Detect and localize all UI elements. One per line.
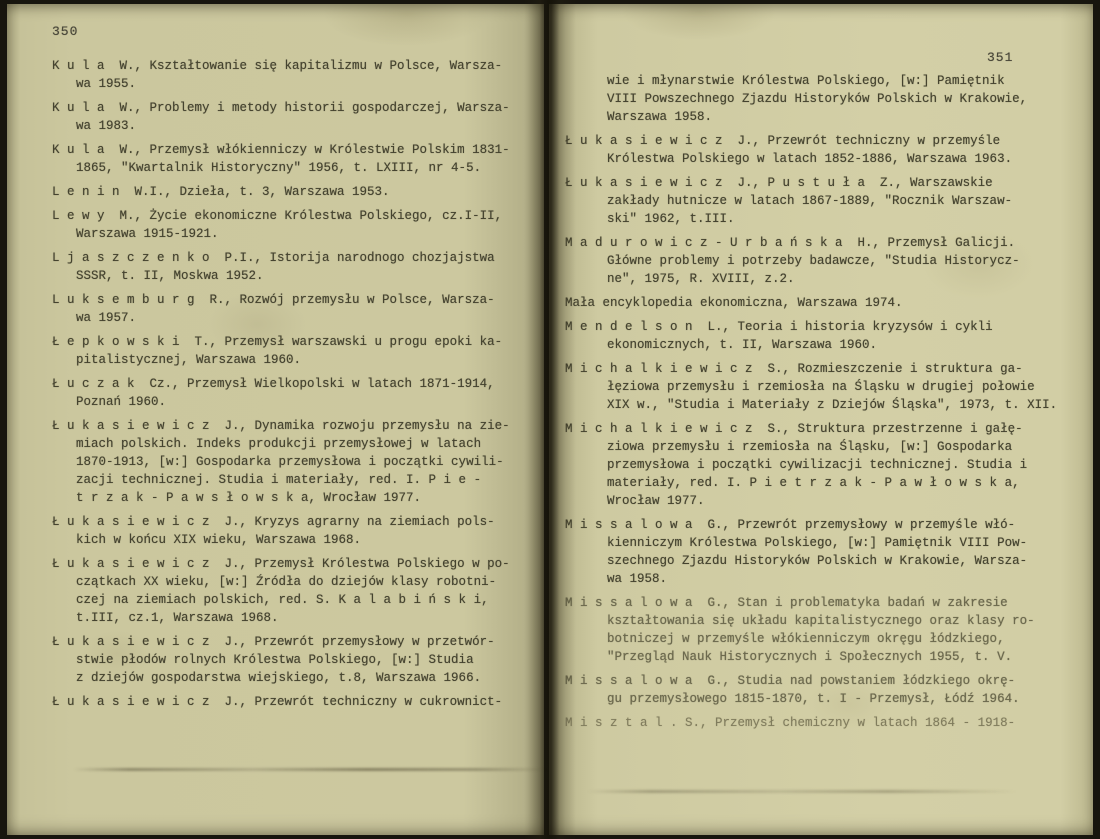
page-right: 351 wie i młynarstwie Królestwa Polskieg… bbox=[549, 4, 1093, 835]
left-page-entries: K u l a W., Kształtowanie się kapitalizm… bbox=[52, 57, 520, 717]
bibliography-entry: M i s s a l o w a G., Przewrót przemysło… bbox=[565, 516, 1079, 588]
bibliography-entry: K u l a W., Problemy i metody historii g… bbox=[52, 99, 520, 135]
bibliography-entry: Ł u k a s i e w i c z J., Kryzys agrarny… bbox=[52, 513, 520, 549]
right-page-entries: wie i młynarstwie Królestwa Polskiego, [… bbox=[565, 72, 1079, 738]
bibliography-entry: M i s s a l o w a G., Stan i problematyk… bbox=[565, 594, 1079, 666]
bibliography-entry: L e w y M., Życie ekonomiczne Królestwa … bbox=[52, 207, 520, 243]
bibliography-entry: L j a s z c z e n k o P.I., Istorija nar… bbox=[52, 249, 520, 285]
bibliography-entry: Ł e p k o w s k i T., Przemysł warszawsk… bbox=[52, 333, 520, 369]
bibliography-entry: Mała encyklopedia ekonomiczna, Warszawa … bbox=[565, 294, 1079, 312]
page-left: 350 K u l a W., Kształtowanie się kapita… bbox=[7, 4, 544, 835]
bibliography-entry: Ł u k a s i e w i c z J., Przemysł Króle… bbox=[52, 555, 520, 627]
paper-crease bbox=[73, 768, 547, 771]
bibliography-entry: M a d u r o w i c z - U r b a ń s k a H.… bbox=[565, 234, 1079, 288]
bibliography-entry: K u l a W., Przemysł włókienniczy w Król… bbox=[52, 141, 520, 177]
scanned-book-spread: 350 K u l a W., Kształtowanie się kapita… bbox=[0, 0, 1100, 839]
bibliography-entry: Ł u k a s i e w i c z J., Dynamika rozwo… bbox=[52, 417, 520, 507]
paper-crease bbox=[587, 790, 1017, 793]
bibliography-entry: Ł u c z a k Cz., Przemysł Wielkopolski w… bbox=[52, 375, 520, 411]
bibliography-entry: Ł u k a s i e w i c z J., Przewrót techn… bbox=[565, 132, 1079, 168]
bibliography-entry: M i s z t a l . S., Przemysł chemiczny w… bbox=[565, 714, 1079, 732]
bibliography-entry: Ł u k a s i e w i c z J., Przewrót przem… bbox=[52, 633, 520, 687]
bibliography-entry: M e n d e l s o n L., Teoria i historia … bbox=[565, 318, 1079, 354]
bibliography-entry: Ł u k a s i e w i c z J., P u s t u ł a … bbox=[565, 174, 1079, 228]
bibliography-entry: Ł u k a s i e w i c z J., Przewrót techn… bbox=[52, 693, 520, 711]
bibliography-entry: wie i młynarstwie Królestwa Polskiego, [… bbox=[565, 72, 1079, 126]
bibliography-entry: K u l a W., Kształtowanie się kapitalizm… bbox=[52, 57, 520, 93]
bibliography-entry: L u k s e m b u r g R., Rozwój przemysłu… bbox=[52, 291, 520, 327]
bibliography-entry: L e n i n W.I., Dzieła, t. 3, Warszawa 1… bbox=[52, 183, 520, 201]
bibliography-entry: M i s s a l o w a G., Studia nad powstan… bbox=[565, 672, 1079, 708]
page-number-right: 351 bbox=[987, 50, 1013, 65]
bibliography-entry: M i c h a l k i e w i c z S., Rozmieszcz… bbox=[565, 360, 1079, 414]
bibliography-entry: M i c h a l k i e w i c z S., Struktura … bbox=[565, 420, 1079, 510]
page-number-left: 350 bbox=[52, 24, 78, 39]
